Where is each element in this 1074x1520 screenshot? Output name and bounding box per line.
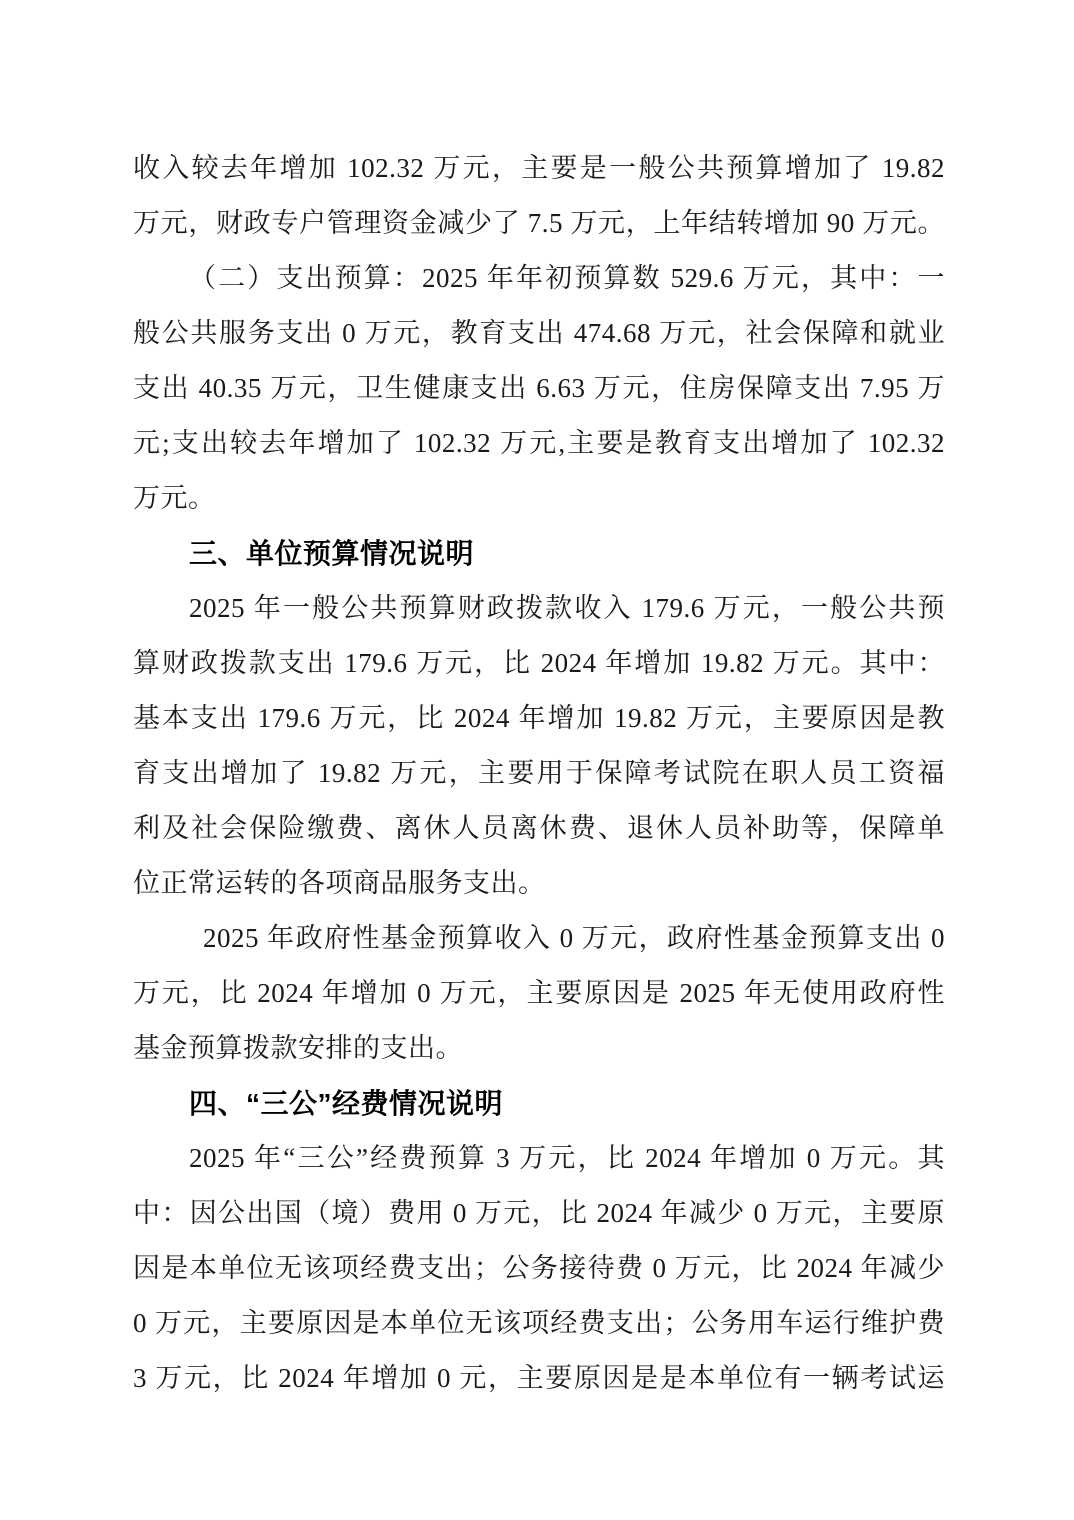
body-line: 收入较去年增加 102.32 万元，主要是一般公共预算增加了 19.82 <box>133 141 945 196</box>
body-line: 算财政拨款支出 179.6 万元，比 2024 年增加 19.82 万元。其中： <box>133 636 945 691</box>
paragraph-end-line: 万元。 <box>133 471 945 526</box>
paragraph-end-line: 位正常运转的各项商品服务支出。 <box>133 856 945 911</box>
body-line: 因是本单位无该项经费支出；公务接待费 0 万元，比 2024 年减少 <box>133 1241 945 1296</box>
body-line: 般公共服务支出 0 万元，教育支出 474.68 万元，社会保障和就业 <box>133 306 945 361</box>
document-page: 收入较去年增加 102.32 万元，主要是一般公共预算增加了 19.82 万元，… <box>0 0 1074 1520</box>
body-line: 万元，财政专户管理资金减少了 7.5 万元，上年结转增加 90 万元。 <box>133 196 945 251</box>
section-heading-3: 三、单位预算情况说明 <box>133 526 945 581</box>
body-line: 利及社会保险缴费、离休人员离休费、退休人员补助等，保障单 <box>133 801 945 856</box>
body-line: 万元，比 2024 年增加 0 万元，主要原因是 2025 年无使用政府性 <box>133 966 945 1021</box>
body-line: 基本支出 179.6 万元，比 2024 年增加 19.82 万元，主要原因是教 <box>133 691 945 746</box>
body-line: 支出 40.35 万元，卫生健康支出 6.63 万元，住房保障支出 7.95 万 <box>133 361 945 416</box>
document-body: 收入较去年增加 102.32 万元，主要是一般公共预算增加了 19.82 万元，… <box>133 141 945 1406</box>
paragraph-end-line: 基金预算拨款安排的支出。 <box>133 1021 945 1076</box>
body-line: 中：因公出国（境）费用 0 万元，比 2024 年减少 0 万元，主要原 <box>133 1186 945 1241</box>
body-line: 元;支出较去年增加了 102.32 万元,主要是教育支出增加了 102.32 <box>133 416 945 471</box>
paragraph-start-line: 2025 年“三公”经费预算 3 万元，比 2024 年增加 0 万元。其 <box>133 1131 945 1186</box>
paragraph-start-line: （二）支出预算：2025 年年初预算数 529.6 万元，其中：一 <box>133 251 945 306</box>
paragraph-start-line: 2025 年一般公共预算财政拨款收入 179.6 万元，一般公共预 <box>133 581 945 636</box>
paragraph-start-line: 2025 年政府性基金预算收入 0 万元，政府性基金预算支出 0 <box>133 911 945 966</box>
body-line: 3 万元，比 2024 年增加 0 元，主要原因是是本单位有一辆考试运 <box>133 1351 945 1406</box>
body-line: 0 万元，主要原因是本单位无该项经费支出；公务用车运行维护费 <box>133 1296 945 1351</box>
body-line: 育支出增加了 19.82 万元，主要用于保障考试院在职人员工资福 <box>133 746 945 801</box>
section-heading-4: 四、“三公”经费情况说明 <box>133 1076 945 1131</box>
